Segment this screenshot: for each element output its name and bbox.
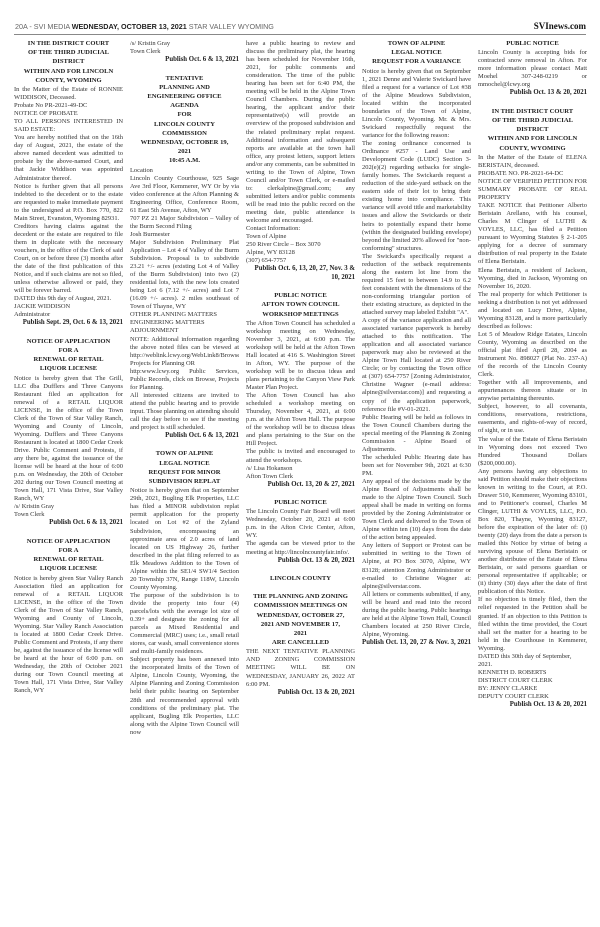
- notice-paragraph: have a public hearing to review and disc…: [246, 40, 355, 225]
- notice-title-line: LEGAL NOTICE: [130, 460, 239, 468]
- notice-title-line: WORKSHOP MEETINGS: [246, 311, 355, 319]
- notice-paragraph: Administrator: [14, 311, 123, 319]
- notice-paragraph: JACKIE WIDDISON: [14, 303, 123, 311]
- notice-title-line: DISTRICT: [14, 58, 123, 66]
- notice-title-line: PUBLIC NOTICE: [478, 40, 587, 48]
- notice-title-line: WITHIN AND FOR LINCOLN: [14, 68, 123, 76]
- notice-title-line: LIQUOR LICENSE: [14, 565, 123, 573]
- notice-paragraph: In the Matter of the Estate of RONNIE WI…: [14, 86, 123, 102]
- notice-title-line: PUBLIC NOTICE: [246, 292, 355, 300]
- notice-title-line: NOTICE OF APPLICATION: [14, 538, 123, 546]
- notice-paragraph: Lot 5 of Meadow Ridge Estates, Lincoln C…: [478, 331, 587, 379]
- notice-paragraph: All letters or comments submitted, if an…: [362, 591, 471, 639]
- legal-notice: PUBLIC NOTICEAFTON TOWN COUNCILWORKSHOP …: [246, 292, 355, 489]
- notice-paragraph: /s/ Kristin Gray: [14, 503, 123, 511]
- notice-paragraph: The real property for which Petitioner i…: [478, 291, 587, 331]
- notice-title-line: IN THE DISTRICT COURT: [14, 40, 123, 48]
- notice-title-line: WEDNESDAY, OCTOBER 27,: [246, 612, 355, 620]
- notice-paragraph: The zoning ordinance concerned is Ordina…: [362, 140, 471, 253]
- notice-paragraph: Notice is hereby given that The Grill, L…: [14, 375, 123, 504]
- notice-paragraph: DATED this 9th day of August, 2021.: [14, 295, 123, 303]
- publish-dates: Publish Oct. 13 & 20, 2021: [478, 89, 587, 97]
- notice-paragraph: THE NEXT TENTATIVE PLANNING AND ZONING C…: [246, 648, 355, 688]
- legal-notice: NOTICE OF APPLICATIONFOR ARENEWAL OF RET…: [14, 338, 123, 528]
- notice-title-line: FOR: [130, 111, 239, 119]
- notice-title-line: PUBLIC NOTICE: [246, 499, 355, 507]
- notice-paragraph: KENNETH D. ROBERTS: [478, 669, 587, 677]
- notice-title-line: IN THE DISTRICT COURT: [478, 108, 587, 116]
- notice-title-line: COMMISSION MEETINGS ON: [246, 602, 355, 610]
- notice-paragraph: Notice is hereby given Star Valley Ranch…: [14, 575, 123, 696]
- legal-notice: PUBLIC NOTICELincoln County is accepting…: [478, 40, 587, 98]
- notice-paragraph: Creditors having claims against the dece…: [14, 223, 123, 295]
- page-label: 20A - SVI MEDIA: [15, 22, 70, 31]
- notice-paragraph: Any appeal of the decisions made by the …: [362, 478, 471, 542]
- notice-paragraph: NOTE: Additional information regarding t…: [130, 336, 239, 368]
- publish-dates: Publish Oct. 13, 20 & 27, 2021: [246, 481, 355, 489]
- publish-dates: Publish Oct. 6 & 13, 2021: [14, 519, 123, 527]
- notice-title-line: RENEWAL OF RETAIL: [14, 356, 123, 364]
- notice-paragraph: If no objection is timely filed, then th…: [478, 596, 587, 652]
- notice-title-line: 2021 AND NOVEMBER 17,: [246, 621, 355, 629]
- notice-paragraph: Town Clerk: [130, 48, 239, 56]
- notice-paragraph: Any persons having any objections to sai…: [478, 468, 587, 597]
- notice-paragraph: Afton Town Clerk: [246, 473, 355, 481]
- notice-paragraph: TO ALL PERSONS INTERESTED IN SAID ESTATE…: [14, 118, 123, 134]
- notice-title-line: OF THE THIRD JUDICIAL: [478, 117, 587, 125]
- notice-paragraph: Elena Beristain, a resident of Jackson, …: [478, 267, 587, 291]
- notice-paragraph: The public is invited and encouraged to …: [246, 448, 355, 464]
- legal-notice: /s/ Kristin GrayTown ClerkPublish Oct. 6…: [130, 40, 239, 65]
- publish-dates: Publish Oct. 13, 20, 27 & Nov. 3, 2021: [362, 639, 471, 647]
- issue-date: WEDNESDAY, OCTOBER 13, 2021: [72, 22, 187, 31]
- notice-paragraph: Notice is further given that all persons…: [14, 183, 123, 223]
- legal-notice: NOTICE OF APPLICATIONFOR ARENEWAL OF RET…: [14, 538, 123, 696]
- notice-paragraph: Josh Burmester: [130, 231, 239, 239]
- notice-paragraph: Probate No PR-2021-49-DC: [14, 102, 123, 110]
- notice-paragraph: DATED this 30th day of September, 2021.: [478, 653, 587, 669]
- folio: 20A - SVI MEDIA WEDNESDAY, OCTOBER 13, 2…: [15, 22, 274, 32]
- notice-title-line: WEDNESDAY, OCTOBER 19,: [130, 139, 239, 147]
- publish-dates: Publish Oct. 6, 13, 20, 27, Nov. 3 & 10,…: [246, 265, 355, 282]
- notice-title-line: LEGAL NOTICE: [362, 49, 471, 57]
- notice-title-line: RENEWAL OF RETAIL: [14, 556, 123, 564]
- notice-paragraph: DEPUTY COURT CLERK: [478, 693, 587, 701]
- notice-paragraph: Town of Alpine: [246, 233, 355, 241]
- column-4: TOWN OF ALPINELEGAL NOTICEREQUEST FOR A …: [362, 40, 471, 920]
- notice-paragraph: http:www.lcwy.org Public Services, Publi…: [130, 368, 239, 392]
- site-link[interactable]: SVInews.com: [534, 21, 586, 31]
- page-header: 20A - SVI MEDIA WEDNESDAY, OCTOBER 13, 2…: [14, 22, 586, 35]
- notice-paragraph: Alpine, WY 83128: [246, 249, 355, 257]
- notice-paragraph: The Afton Town Council has also schedule…: [246, 392, 355, 448]
- notice-title-line: OF THE THIRD JUDICIAL: [14, 49, 123, 57]
- notice-paragraph: All interested citizens are invited to a…: [130, 392, 239, 432]
- notice-paragraph: Together with all improvements, and appu…: [478, 379, 587, 403]
- notice-paragraph: The value of the Estate of Elena Berista…: [478, 436, 587, 468]
- legal-notice: TOWN OF ALPINELEGAL NOTICEREQUEST FOR A …: [362, 40, 471, 647]
- notice-paragraph: Location: [130, 167, 239, 175]
- notice-paragraph: (307) 654-7757: [246, 257, 355, 265]
- notice-paragraph: OTHER PLANNING MATTERS: [130, 311, 239, 319]
- publish-dates: Publish Oct. 13 & 20, 2021: [246, 689, 355, 697]
- notice-paragraph: /s/ Lisa Hokanson: [246, 465, 355, 473]
- notice-paragraph: NOTICE OF VERIFIED PETITION FOR SUMMARY …: [478, 178, 587, 202]
- legal-notice: IN THE DISTRICT COURTOF THE THIRD JUDICI…: [14, 40, 123, 328]
- notice-title-line: 10:45 A.M.: [130, 157, 239, 165]
- notice-title-line: COUNTY, WYOMING: [14, 77, 123, 85]
- notice-paragraph: DISTRICT COURT CLERK: [478, 677, 587, 685]
- legal-notice: PUBLIC NOTICEThe Lincoln County Fair Boa…: [246, 499, 355, 565]
- notice-title-line: LINCOLN COUNTY: [130, 121, 239, 129]
- notice-title-line: FOR A: [14, 347, 123, 355]
- legal-notice: IN THE DISTRICT COURTOF THE THIRD JUDICI…: [478, 108, 587, 710]
- notice-paragraph: Notice is hereby given that on September…: [362, 68, 471, 140]
- notice-title-line: ARE CANCELLED: [246, 639, 355, 647]
- notice-paragraph: /s/ Kristin Gray: [130, 40, 239, 48]
- notice-title-line: REQUEST FOR MINOR: [130, 469, 239, 477]
- notice-title-line: AFTON TOWN COUNCIL: [246, 301, 355, 309]
- notice-title-line: NOTICE OF APPLICATION: [14, 338, 123, 346]
- publish-dates: Publish Oct. 6 & 13, 2021: [130, 432, 239, 440]
- notice-paragraph: A copy of the variance application and a…: [362, 317, 471, 414]
- notice-paragraph: PROBATE NO. PR-2021-64-DC: [478, 170, 587, 178]
- notice-paragraph: Contact Information:: [246, 225, 355, 233]
- notice-title-line: FOR A: [14, 547, 123, 555]
- notice-paragraph: The Swickard's specifically request a re…: [362, 253, 471, 317]
- publish-dates: Publish Oct. 13 & 20, 2021: [478, 701, 587, 709]
- notice-paragraph: ENGINEERING MATTERS: [130, 319, 239, 327]
- notice-paragraph: 250 River Circle – Box 3070: [246, 241, 355, 249]
- notice-title-line: 2021: [130, 148, 239, 156]
- notice-paragraph: Subject property has been annexed into t…: [130, 656, 239, 736]
- notice-title-line: TOWN OF ALPINE: [362, 40, 471, 48]
- legal-notice: TOWN OF ALPINELEGAL NOTICEREQUEST FOR MI…: [130, 450, 239, 736]
- notice-title-line: THE PLANNING AND ZONING: [246, 593, 355, 601]
- notice-title-line: SUBDIVISION REPLAT: [130, 478, 239, 486]
- notice-title-line: PLANNING AND: [130, 84, 239, 92]
- column-1: IN THE DISTRICT COURTOF THE THIRD JUDICI…: [14, 40, 123, 920]
- paper-name: STAR VALLEY WYOMING: [189, 22, 274, 31]
- column-5: PUBLIC NOTICELincoln County is accepting…: [478, 40, 587, 920]
- notice-paragraph: The scheduled Public Hearing date has be…: [362, 454, 471, 478]
- notice-title-line: LIQUOR LICENSE: [14, 365, 123, 373]
- notice-title-line: DISTRICT: [478, 126, 587, 134]
- notice-paragraph: Public Hearing will be held as follows i…: [362, 414, 471, 454]
- publish-dates: Publish Oct. 6 & 13, 2021: [130, 56, 239, 64]
- legal-notices-columns: IN THE DISTRICT COURTOF THE THIRD JUDICI…: [14, 40, 587, 920]
- notice-paragraph: The Afton Town Council has scheduled a w…: [246, 320, 355, 392]
- notice-paragraph: 707 PZ 21 Major Subdivision – Valley of …: [130, 215, 239, 231]
- notice-title-line: WITHIN AND FOR LINCOLN: [478, 135, 587, 143]
- notice-title-line: TENTATIVE: [130, 75, 239, 83]
- notice-paragraph: The agenda can be viewed prior to the me…: [246, 540, 355, 556]
- notice-paragraph: TAKE NOTICE that Petitioner Alberto Beri…: [478, 202, 587, 266]
- notice-paragraph: ADJOURNMENT: [130, 327, 239, 335]
- notice-paragraph: You are hereby notified that on the 16th…: [14, 134, 123, 182]
- notice-paragraph: BY: JENNY CLARKE: [478, 685, 587, 693]
- notice-paragraph: Lincoln County is accepting bids for con…: [478, 49, 587, 89]
- notice-paragraph: Notice is hereby given that on September…: [130, 487, 239, 592]
- notice-title-line: COMMISSION: [130, 130, 239, 138]
- notice-paragraph: In the Matter of the Estate of ELENA BER…: [478, 154, 587, 170]
- legal-notice: THE PLANNING AND ZONINGCOMMISSION MEETIN…: [246, 593, 355, 697]
- notice-paragraph: Lincoln County Courthouse, 925 Sage Ave …: [130, 175, 239, 215]
- notice-title-line: COUNTY, WYOMING: [478, 145, 587, 153]
- notice-paragraph: The purpose of the subdivision is to div…: [130, 592, 239, 656]
- notice-title-line: LINCOLN COUNTY: [246, 575, 355, 583]
- column-2: /s/ Kristin GrayTown ClerkPublish Oct. 6…: [130, 40, 239, 920]
- notice-paragraph: Major Subdivision Preliminary Plat Appli…: [130, 239, 239, 311]
- legal-notice: TENTATIVEPLANNING ANDENGINEERING OFFICEA…: [130, 75, 239, 441]
- notice-paragraph: NOTICE OF PROBATE: [14, 110, 123, 118]
- notice-paragraph: The Lincoln County Fair Board will meet …: [246, 508, 355, 540]
- notice-title-line: TOWN OF ALPINE: [130, 450, 239, 458]
- publish-dates: Publish Sept. 29, Oct. 6 & 13, 2021: [14, 319, 123, 327]
- notice-title-line: 2021: [246, 630, 355, 638]
- notice-title-line: AGENDA: [130, 102, 239, 110]
- legal-notice: LINCOLN COUNTY: [246, 575, 355, 583]
- notice-paragraph: Any letters of Support or Protest can be…: [362, 542, 471, 590]
- notice-paragraph: Town Clerk: [14, 511, 123, 519]
- notice-title-line: REQUEST FOR A VARIANCE: [362, 58, 471, 66]
- publish-dates: Publish Oct. 13 & 20, 2021: [246, 557, 355, 565]
- column-3: have a public hearing to review and disc…: [246, 40, 355, 920]
- notice-paragraph: Subject, however, to all covenants, cond…: [478, 403, 587, 435]
- notice-title-line: ENGINEERING OFFICE: [130, 93, 239, 101]
- legal-notice: have a public hearing to review and disc…: [246, 40, 355, 282]
